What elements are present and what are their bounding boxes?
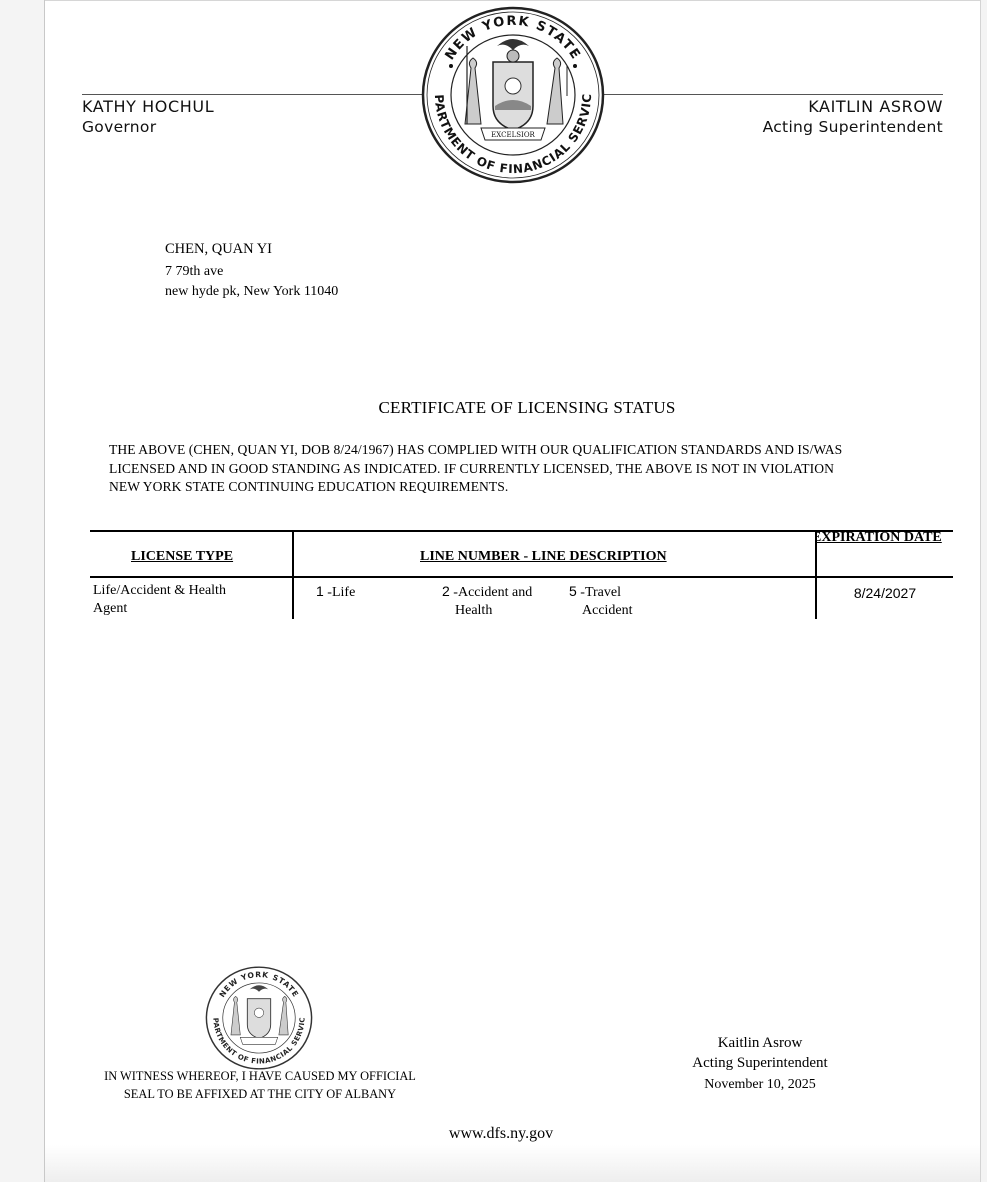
recipient-address-line1: 7 79th ave	[165, 262, 223, 282]
signature-date: November 10, 2025	[660, 1075, 860, 1095]
line-description-cont: Accident	[569, 602, 633, 620]
certificate-title: CERTIFICATE OF LICENSING STATUS	[0, 398, 987, 418]
license-type-cell: Life/Accident & Health Agent	[93, 582, 226, 618]
signature-block: Kaitlin Asrow Acting Superintendent Nove…	[660, 1033, 860, 1095]
certificate-body-line: LICENSED AND IN GOOD STANDING AS INDICAT…	[109, 460, 842, 479]
recipient-name: CHEN, QUAN YI	[165, 239, 272, 259]
header-line-description: LINE NUMBER - LINE DESCRIPTION	[420, 549, 667, 565]
line-number: 5	[569, 583, 577, 599]
governor-name: KATHY HOCHUL	[82, 97, 214, 117]
license-type-line: Agent	[93, 600, 226, 618]
svg-text:EXCELSIOR: EXCELSIOR	[491, 131, 535, 139]
table-header-border	[90, 576, 953, 578]
witness-statement: IN WITNESS WHEREOF, I HAVE CAUSED MY OFF…	[60, 1067, 460, 1103]
right-scrollbar-track[interactable]	[980, 0, 987, 1182]
line-description: -Travel	[580, 585, 621, 600]
superintendent-name: KAITLIN ASROW	[808, 97, 943, 117]
line-item: 5 -Travel Accident	[569, 582, 633, 620]
line-item: 2 -Accident and Health	[442, 582, 532, 620]
line-number: 2	[442, 583, 450, 599]
superintendent-title: Acting Superintendent	[763, 117, 943, 137]
line-description: -Life	[327, 585, 355, 600]
certificate-body-line: THE ABOVE (CHEN, QUAN YI, DOB 8/24/1967)…	[109, 441, 842, 460]
header-expiration-clip: EXPIRATION DATE	[817, 530, 953, 554]
letterhead-rule-right	[604, 94, 943, 95]
witness-line: SEAL TO BE AFFIXED AT THE CITY OF ALBANY	[60, 1085, 460, 1103]
witness-line: IN WITNESS WHEREOF, I HAVE CAUSED MY OFF…	[60, 1067, 460, 1085]
left-gutter	[0, 0, 45, 1182]
expiration-date-cell: 8/24/2027	[817, 584, 953, 602]
nys-dfs-seal-icon: NEW YORK STATE DEPARTMENT OF FINANCIAL S…	[421, 6, 605, 184]
line-number: 1	[316, 583, 324, 599]
footer-website: www.dfs.ny.gov	[0, 1125, 987, 1143]
line-description: -Accident and	[453, 585, 532, 600]
signatory-name: Kaitlin Asrow	[660, 1033, 860, 1053]
header-license-type: LICENSE TYPE	[131, 549, 233, 565]
certificate-body-line: NEW YORK STATE CONTINUING EDUCATION REQU…	[109, 478, 842, 497]
table-column-divider	[292, 530, 294, 619]
license-type-line: Life/Accident & Health	[93, 582, 226, 600]
governor-title: Governor	[82, 117, 156, 137]
signatory-title: Acting Superintendent	[660, 1053, 860, 1073]
line-description-cont: Health	[442, 602, 532, 620]
recipient-address-line2: new hyde pk, New York 11040	[165, 282, 338, 302]
certificate-body: THE ABOVE (CHEN, QUAN YI, DOB 8/24/1967)…	[109, 441, 842, 497]
header-expiration-date: EXPIRATION DATE	[817, 530, 942, 546]
page-bottom-fade	[45, 1145, 980, 1182]
nys-dfs-seal-small-icon: NEW YORK STATE DEPARTMENT OF FINANCIAL S…	[204, 966, 314, 1070]
line-item: 1 -Life	[316, 582, 355, 602]
letterhead-rule-left	[82, 94, 422, 95]
